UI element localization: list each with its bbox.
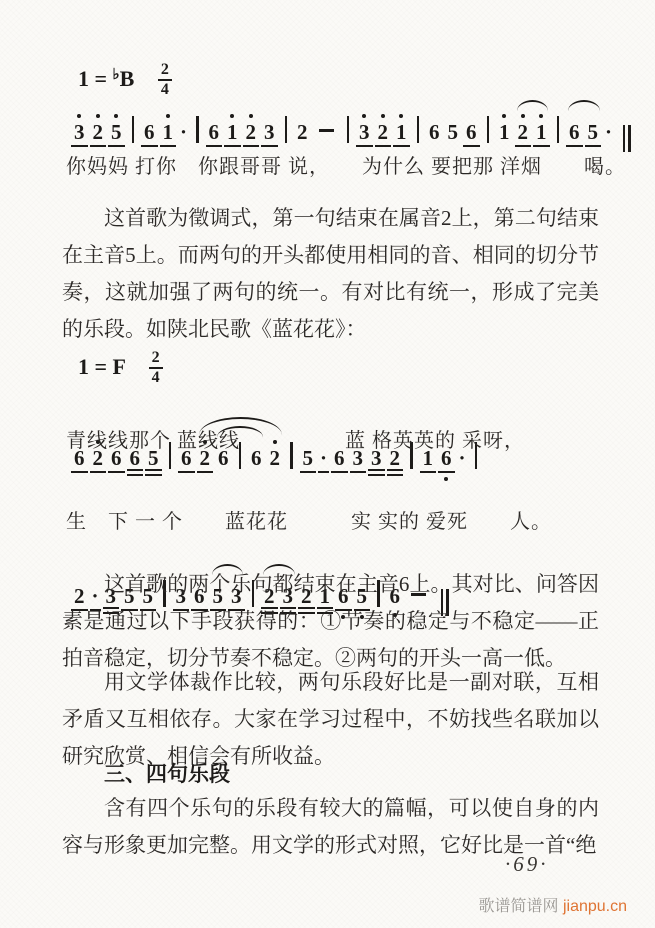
barline: [557, 116, 560, 143]
paragraph-1: 这首歌为徵调式，第一句结束在属音2上，第二句结束在主音5上。而两句的开头都使用相…: [62, 200, 599, 348]
lyrics-line-1: 你妈妈 打你 你跟哥哥 说， 为什么 要把那 洋烟 喝。: [66, 150, 626, 179]
note-digit: 5: [585, 121, 602, 147]
barline: [417, 116, 420, 143]
flat-icon: ♭: [113, 67, 120, 83]
note-digit: 2: [90, 121, 107, 147]
lyrics-line-2: 青线线那个 蓝线线 蓝 格英英的 采呀，: [66, 424, 525, 453]
dash-rest: [319, 129, 334, 132]
key-letter: F: [113, 354, 126, 379]
note-digit: 3: [356, 121, 373, 147]
watermark-url-link[interactable]: jianpu.cn: [563, 898, 627, 915]
barline: [132, 116, 135, 143]
key-prefix: 1 =: [78, 354, 113, 379]
time-signature-top: 2: [158, 62, 172, 81]
augmentation-dot: ·: [603, 121, 614, 143]
key-prefix: 1 =: [78, 66, 113, 91]
note-digit: 6: [463, 121, 480, 147]
note-digit: 6: [426, 121, 443, 143]
note-digit: 6: [141, 121, 158, 147]
note-digit: 6: [566, 121, 583, 147]
note-digit: 3: [71, 121, 88, 147]
time-signature: 2 4: [149, 350, 163, 386]
double-barline: [621, 125, 632, 152]
watermark-site-name: 歌谱简谱网: [478, 898, 558, 915]
note-digit: 1: [533, 121, 550, 147]
watermark: 歌谱简谱网 jianpu.cn: [478, 893, 627, 916]
barline: [196, 116, 199, 143]
note-digit: 1: [496, 121, 513, 143]
note-digit: 2: [294, 121, 311, 143]
note-digit: 1: [393, 121, 410, 147]
note-digit: 1: [160, 121, 177, 147]
note-digit: 1: [224, 121, 241, 147]
note-digit: 3: [261, 121, 278, 147]
tie-arc: [568, 100, 600, 111]
tie-arc: [517, 100, 548, 111]
time-signature-top: 2: [149, 350, 163, 369]
key-signature-song2: 1 = F 2 4: [78, 350, 163, 386]
note-digit: 2: [375, 121, 392, 147]
note-digit: 2: [243, 121, 260, 147]
note-digit: 5: [108, 121, 125, 147]
lyrics-line-3: 生 下 一 个 蓝花花 实 实的 爱死 人。: [66, 505, 552, 534]
paragraph-2: 这首歌的两个乐句都结束在主音6上。其对比、问答因素是通过以下手段获得的：①节奏的…: [62, 566, 599, 677]
key-letter: B: [120, 66, 135, 91]
note-digit: 2: [515, 121, 532, 147]
note-digit: 6: [206, 121, 223, 147]
barline: [285, 116, 288, 143]
section-heading: 三、四句乐段: [62, 758, 230, 788]
barline: [347, 116, 350, 143]
note-digit: 5: [445, 121, 462, 143]
key-signature-song1: 1 = ♭B 2 4: [78, 62, 172, 98]
time-signature-bottom: 4: [149, 369, 163, 386]
time-signature: 2 4: [158, 62, 172, 98]
barline: [487, 116, 490, 143]
page-number: ·69·: [505, 852, 549, 877]
music-line-1: 32561·6123232165612165·: [70, 96, 655, 152]
book-page: { "page": { "number": "·69·", "watermark…: [0, 0, 655, 928]
augmentation-dot: ·: [178, 121, 189, 143]
